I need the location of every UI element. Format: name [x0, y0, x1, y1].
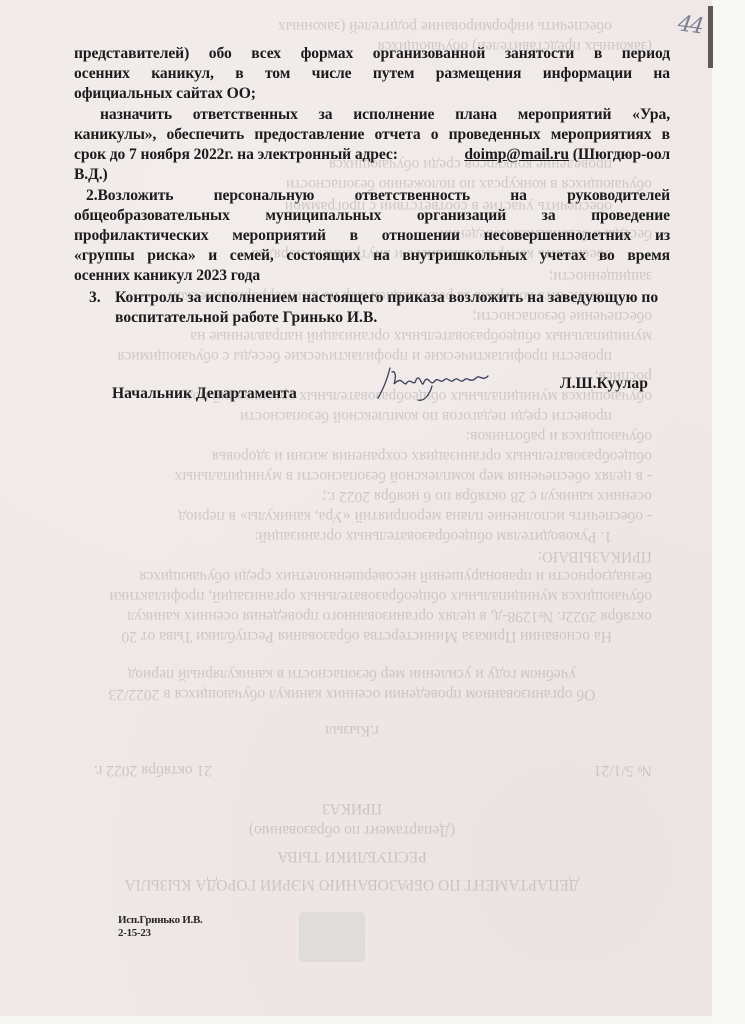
text-line: представителей) обо всех формах организо…	[74, 44, 670, 64]
bleed-line: безнадзорности и правонарушений несоверш…	[52, 567, 652, 586]
signer-title: Начальник Департамента	[112, 385, 297, 403]
text-line: «группы риска» и семей, состоящих на вну…	[74, 246, 670, 266]
item-number: 3.	[89, 288, 101, 308]
executor-name: Исп.Гринько И.В.	[118, 914, 202, 927]
bleed-line: № 5/1/21	[552, 761, 652, 780]
bleed-line: - обеспечить исполнение плана мероприяти…	[52, 507, 652, 526]
text-line: 2.Возложить персональную ответственность…	[74, 186, 670, 206]
signer-name: Л.Ш.Куулар	[560, 375, 648, 393]
text-line: осенних каникул 2023 года	[74, 266, 670, 286]
paragraph-continuation: представителей) обо всех формах организо…	[74, 44, 670, 104]
item-2-responsibility: 2.Возложить персональную ответственность…	[74, 186, 670, 286]
email-link[interactable]: doimp@mail.ru	[464, 145, 569, 165]
bleed-line: обеспечить информирование родителей (зак…	[52, 17, 612, 36]
item-3-control: 3. Контроль за исполнением настоящего пр…	[89, 288, 669, 328]
bleed-line: г.Кызыл	[52, 721, 652, 740]
stamp-ghost-mark	[299, 912, 365, 962]
bleed-line: На основании Приказа Министерства образо…	[52, 627, 612, 646]
text-line: В.Д.)	[74, 165, 670, 185]
text-line: назначить ответственных за исполнение пл…	[74, 105, 670, 125]
text-span: срок до 7 ноября 2022г. на электронный а…	[74, 145, 398, 165]
text-line: официальных сайтах ОО;	[74, 84, 670, 104]
text-line: осенних каникул, в том числе путем разме…	[74, 64, 670, 84]
bleed-line: октября 2022г. №1298-д, в целях организо…	[52, 607, 652, 626]
bleed-line: обучающихся муниципальных общеобразовате…	[52, 587, 652, 606]
text-line: профилактических мероприятий в отношении…	[74, 226, 670, 246]
bleed-line: провести профилактические и профилактиче…	[52, 347, 612, 366]
bleed-line: 1. Руководителям общеобразовательных орг…	[52, 527, 612, 546]
executor-info: Исп.Гринько И.В. 2-15-23	[118, 914, 202, 940]
bleed-line: муниципальных общеобразовательных органи…	[52, 327, 652, 346]
page-edge-shadow	[708, 6, 713, 68]
bleed-line: - в целях обеспечения мер комплексной бе…	[52, 467, 652, 486]
text-span: (Шюгдюр-оол	[569, 145, 670, 165]
bleed-line: 21 октября 2022 г.	[52, 761, 212, 780]
text-line-with-email: срок до 7 ноября 2022г. на электронный а…	[74, 145, 670, 165]
bleed-line: осенних каникул с 28 октября по 6 ноября…	[52, 487, 652, 506]
bleed-line: Об организованном проведении осенних кан…	[52, 685, 652, 704]
bleed-line: учебном году и усилении мер безопасности…	[52, 665, 652, 684]
scanner-margin	[712, 0, 745, 1024]
handwritten-signature	[372, 362, 522, 404]
text-line: каникулы», обеспечить предоставление отч…	[74, 125, 670, 145]
text-line: воспитательной работе Гринько И.В.	[115, 308, 669, 328]
bleed-line: РЕСПУБЛИКИ ТЫВА	[52, 847, 652, 866]
text-line: Контроль за исполнением настоящего прика…	[115, 288, 669, 308]
paragraph-assign-responsible: назначить ответственных за исполнение пл…	[74, 105, 670, 185]
text-line: общеобразовательных муниципальных органи…	[74, 206, 670, 226]
bleed-line: ПРИКАЗ	[52, 799, 652, 818]
bleed-line: ДЕПАРТАМЕНТ ПО ОБРАЗОВАНИЮ МЭРИИ ГОРОДА …	[52, 875, 652, 894]
bleed-line: общеобразовательных организациях сохране…	[52, 447, 652, 466]
bleed-line: обучающихся и работников:	[52, 427, 652, 446]
bleed-line: (Департамент по образованию)	[52, 821, 652, 840]
bleed-line: провести среди педагогов по комплексной …	[52, 407, 612, 426]
bleed-line: ПРИКАЗЫВАЮ:	[52, 547, 652, 566]
executor-phone: 2-15-23	[118, 927, 202, 940]
